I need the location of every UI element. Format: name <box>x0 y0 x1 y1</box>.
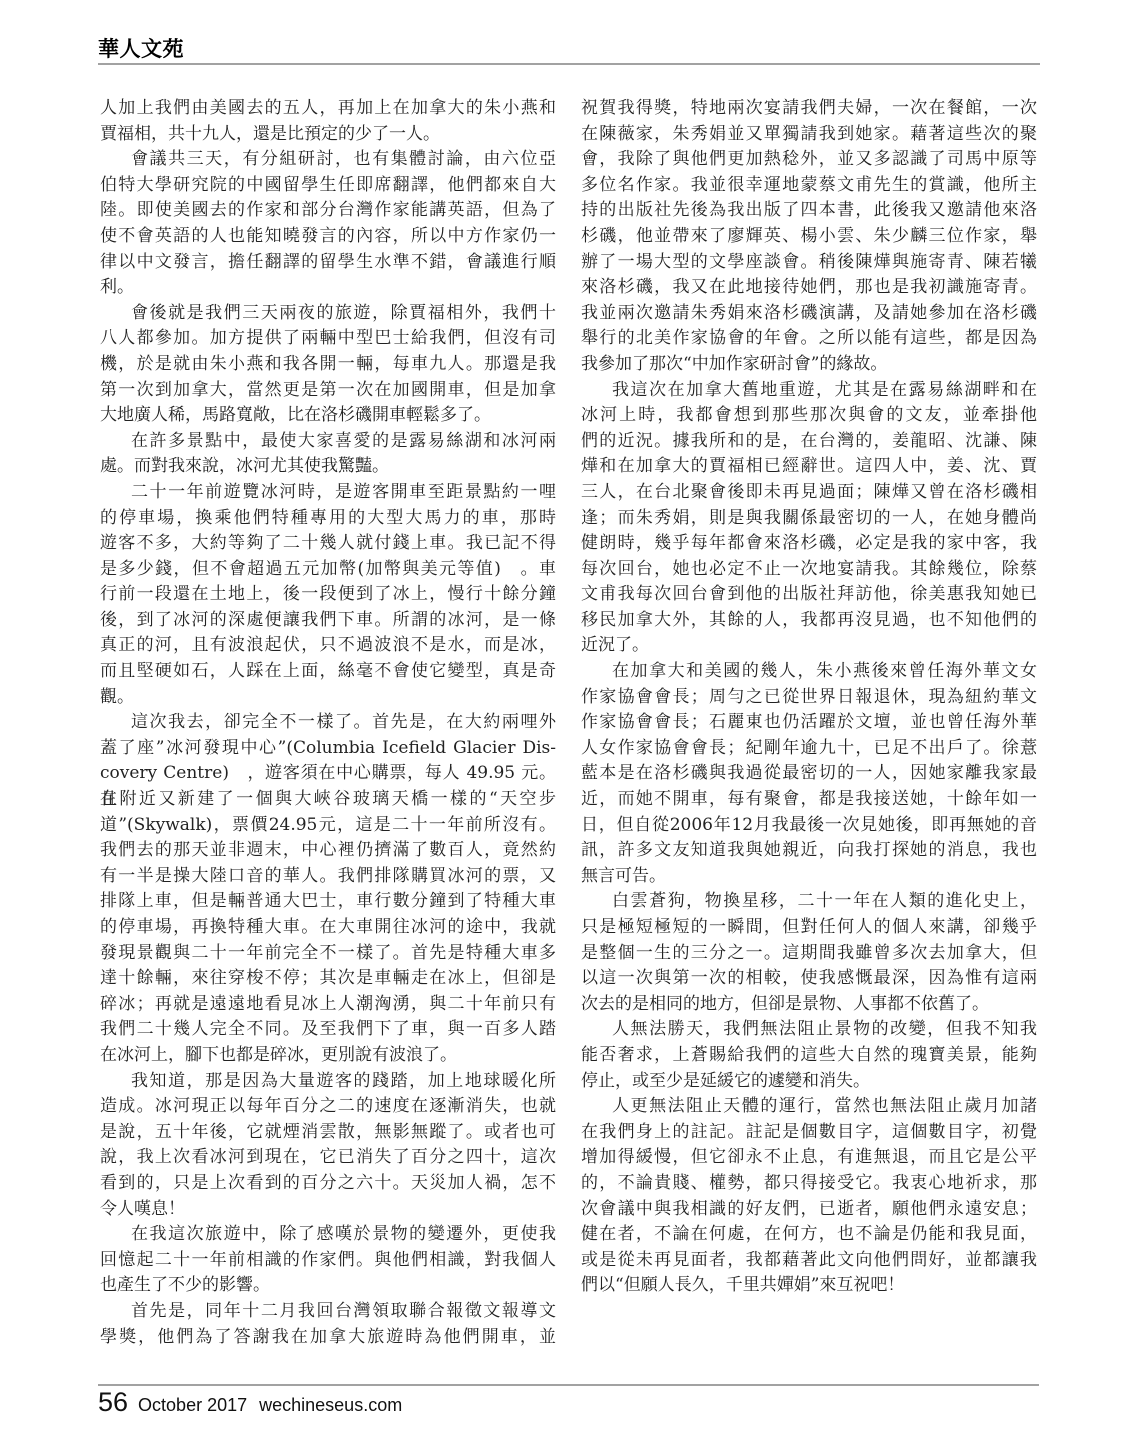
text-line: 在我們身上的註記。註記是個數目字，這個數目字，初覺 <box>581 1120 1037 1146</box>
paragraph: 首先是，同年十二月我回台灣領取聯合報徵文報導文 學獎，他們為了答謝我在加拿大旅遊… <box>100 1299 556 1350</box>
text-line: 的停車場，再換特種大車。在大車開往冰河的途中，我就 <box>100 915 556 941</box>
text-line: 們以“但願人長久，千里共嬋娟”來互祝吧！ <box>581 1273 1037 1299</box>
text-line: 以這一次與第一次的相較，使我感慨最深，因為惟有這兩 <box>581 966 1037 992</box>
text-line: 人加上我們由美國去的五人，再加上在加拿大的朱小燕和 <box>100 96 556 122</box>
text-line: 健在者，不論在何處，在何方，也不論是仍能和我見面， <box>581 1222 1037 1248</box>
text-line: 會議共三天，有分組研討，也有集體討論，由六位亞 <box>100 147 556 173</box>
text-line: 排隊上車，但是輛普通大巴士，車行數分鐘到了特種大車 <box>100 889 556 915</box>
paragraph: 人加上我們由美國去的五人，再加上在加拿大的朱小燕和 賈福相，共十九人，還是比預定… <box>100 96 556 147</box>
paragraph: 祝賀我得獎，特地兩次宴請我們夫婦，一次在餐館，一次 在陳薇家，朱秀娟並又單獨請我… <box>581 96 1037 378</box>
text-line: 人更無法阻止天體的運行，當然也無法阻止歲月加諸 <box>581 1094 1037 1120</box>
text-line: 行前一段還在土地上，後一段便到了冰上，慢行十餘分鐘 <box>100 582 556 608</box>
text-line: 辦了一場大型的文學座談會。稍後陳燁與施寄青、陳若犧 <box>581 250 1037 276</box>
paragraph: 我這次在加拿大舊地重遊，尤其是在露易絲湖畔和在 冰河上時，我都會想到那些那次與會… <box>581 378 1037 660</box>
text-line: 碎冰；再就是遠遠地看見冰上人潮洶湧，與二十年前只有 <box>100 992 556 1018</box>
text-line: 我們二十幾人完全不同。及至我們下了車，與一百多人踏 <box>100 1017 556 1043</box>
text-line: 能否奢求，上蒼賜給我們的這些大自然的瑰寶美景，能夠 <box>581 1043 1037 1069</box>
text-line: 的，不論貴賤、權勢，都只得接受它。我衷心地祈求，那 <box>581 1171 1037 1197</box>
text-line: 人無法勝天，我們無法阻止景物的改變，但我不知我 <box>581 1017 1037 1043</box>
text-line: 會後就是我們三天兩夜的旅遊，除賈福相外，我們十 <box>100 301 556 327</box>
text-line: 日，但自從2006年12月我最後一次見她後，即再無她的音 <box>581 813 1037 839</box>
text-line: 處。而對我來說，冰河尤其使我驚豔。 <box>100 454 556 480</box>
text-line: 也產生了不少的影響。 <box>100 1273 556 1299</box>
text-line: 冰河上時，我都會想到那些那次與會的文友，並牽掛他 <box>581 403 1037 429</box>
paragraph: 在許多景點中，最使大家喜愛的是露易絲湖和冰河兩 處。而對我來說，冰河尤其使我驚豔… <box>100 429 556 480</box>
text-line: 利。 <box>100 275 556 301</box>
text-line: 訊，許多文友知道我與她親近，向我打探她的消息，我也 <box>581 838 1037 864</box>
text-line: 觀。 <box>100 685 556 711</box>
text-line: 蓋了座”冰河發現中心”(Columbia Icefield Glacier Di… <box>100 736 556 762</box>
text-line: 這次我去，卻完全不一樣了。首先是，在大約兩哩外 <box>100 710 556 736</box>
paragraph: 二十一年前遊覽冰河時，是遊客開車至距景點約一哩 的停車場，換乘他們特種專用的大型… <box>100 480 556 710</box>
text-line: 逢；而朱秀娟，則是與我關係最密切的一人，在她身體尚 <box>581 506 1037 532</box>
article-column-right: 祝賀我得獎，特地兩次宴請我們夫婦，一次在餐館，一次 在陳薇家，朱秀娟並又單獨請我… <box>581 96 1037 1299</box>
text-line: 在冰河上，腳下也都是碎冰，更別說有波浪了。 <box>100 1043 556 1069</box>
text-line: 發現景觀與二十一年前完全不一樣了。首先是特種大車多 <box>100 941 556 967</box>
text-line: 多位名作家。我並很幸運地蒙蔡文甫先生的賞識，他所主 <box>581 173 1037 199</box>
text-line: 只是極短極短的一瞬間，但對任何人的個人來講，卻幾乎 <box>581 915 1037 941</box>
text-line: 健朗時，幾乎每年都會來洛杉磯，必定是我的家中客，我 <box>581 531 1037 557</box>
text-line: 我參加了那次“中加作家研討會”的緣故。 <box>581 352 1037 378</box>
text-line: 作家協會會長；周勻之已從世界日報退休，現為紐約華文 <box>581 685 1037 711</box>
text-line: 持的出版社先後為我出版了四本書，此後我又邀請他來洛 <box>581 198 1037 224</box>
text-line: 我並兩次邀請朱秀娟來洛杉磯演講，及請她參加在洛杉磯 <box>581 301 1037 327</box>
text-line: 使不會英語的人也能知曉發言的內容，所以中方作家仍一 <box>100 224 556 250</box>
text-line: 造成。冰河現正以每年百分之二的速度在逐漸消失，也就 <box>100 1094 556 1120</box>
text-line: 或是從未再見面者，我都藉著此文向他們問好，並都讓我 <box>581 1248 1037 1274</box>
text-line: 第一次到加拿大，當然更是第一次在加國開車，但是加拿 <box>100 378 556 404</box>
text-line: 達十餘輛，來往穿梭不停；其次是車輛走在冰上，但卻是 <box>100 966 556 992</box>
text-line: 而且堅硬如石，人踩在上面，絲毫不會使它變型，真是奇 <box>100 659 556 685</box>
text-line: 是多少錢，但不會超過五元加幣(加幣與美元等值) 。車 <box>100 557 556 583</box>
text-line: 大地廣人稀，馬路寬敞，比在洛杉磯開車輕鬆多了。 <box>100 403 556 429</box>
text-line: 近況了。 <box>581 633 1037 659</box>
text-line: 每次回台，她也必定不止一次地宴請我。其餘幾位，除蔡 <box>581 557 1037 583</box>
text-line: 陸。即使美國去的作家和部分台灣作家能講英語，但為了 <box>100 198 556 224</box>
footer-divider <box>98 1384 1039 1386</box>
text-line: 八人都參加。加方提供了兩輛中型巴士給我們，但沒有司 <box>100 326 556 352</box>
text-line: 移民加拿大外，其餘的人，我都再沒見過，也不知他們的 <box>581 608 1037 634</box>
text-line: 看到的，只是上次看到的百分之六十。天災加人禍，怎不 <box>100 1171 556 1197</box>
text-line: 杉磯，他並帶來了廖輝英、楊小雲、朱少麟三位作家，舉 <box>581 224 1037 250</box>
text-line: 伯特大學研究院的中國留學生任即席翻譯，他們都來自大 <box>100 173 556 199</box>
text-line: 律以中文發言，擔任翻譯的留學生水準不錯，會議進行順 <box>100 250 556 276</box>
text-line: 在我這次旅遊中，除了感嘆於景物的變遷外，更使我 <box>100 1222 556 1248</box>
text-line: 我們去的那天並非週末，中心裡仍擠滿了數百人，竟然約 <box>100 838 556 864</box>
paragraph: 人更無法阻止天體的運行，當然也無法阻止歲月加諸 在我們身上的註記。註記是個數目字… <box>581 1094 1037 1299</box>
text-line: 在加拿大和美國的幾人，朱小燕後來曾任海外華文女 <box>581 659 1037 685</box>
text-line: 三人，在台北聚會後即未再見過面；陳燁又曾在洛杉磯相 <box>581 480 1037 506</box>
text-line: 是說，五十年後，它就煙消雲散，無影無蹤了。或者也可 <box>100 1120 556 1146</box>
text-line: 我知道，那是因為大量遊客的踐踏，加上地球暖化所 <box>100 1069 556 1095</box>
text-line: 在陳薇家，朱秀娟並又單獨請我到她家。藉著這些次的聚 <box>581 122 1037 148</box>
text-line: 有一半是操大陸口音的華人。我們排隊購買冰河的票，又 <box>100 864 556 890</box>
text-line: 增加得緩慢，但它卻永不止息，有進無退，而且它是公平 <box>581 1145 1037 1171</box>
text-line: 作家協會會長；石麗東也仍活躍於文壇，並也曾任海外華 <box>581 710 1037 736</box>
text-line: 文甫我每次回台會到他的出版社拜訪他，徐美惠我知她已 <box>581 582 1037 608</box>
paragraph: 在加拿大和美國的幾人，朱小燕後來曾任海外華文女 作家協會會長；周勻之已從世界日報… <box>581 659 1037 889</box>
text-line: 次去的是相同的地方，但卻是景物、人事都不依舊了。 <box>581 992 1037 1018</box>
paragraph: 人無法勝天，我們無法阻止景物的改變，但我不知我 能否奢求，上蒼賜給我們的這些大自… <box>581 1017 1037 1094</box>
text-line: 在附近又新建了一個與大峽谷玻璃天橋一樣的“天空步 <box>100 787 556 813</box>
text-line: 回憶起二十一年前相識的作家們。與他們相識，對我個人 <box>100 1248 556 1274</box>
text-line: covery Centre) ，遊客須在中心購票，每人 49.95 元。且 <box>100 761 556 787</box>
text-line: 真正的河，且有波浪起伏，只不過波浪不是水，而是冰， <box>100 633 556 659</box>
paragraph: 我知道，那是因為大量遊客的踐踏，加上地球暖化所 造成。冰河現正以每年百分之二的速… <box>100 1069 556 1223</box>
text-line: 首先是，同年十二月我回台灣領取聯合報徵文報導文 <box>100 1299 556 1325</box>
text-line: 的停車場，換乘他們特種專用的大型大馬力的車，那時 <box>100 506 556 532</box>
issue-date: October 2017 <box>138 1391 247 1419</box>
text-line: 停止，或至少是延緩它的遽變和消失。 <box>581 1069 1037 1095</box>
page-footer: 56 October 2017 wechineseus.com <box>98 1388 402 1419</box>
paragraph: 會議共三天，有分組研討，也有集體討論，由六位亞 伯特大學研究院的中國留學生任即席… <box>100 147 556 301</box>
text-line: 是整個一生的三分之一。這期間我雖曾多次去加拿大，但 <box>581 941 1037 967</box>
text-line: 二十一年前遊覽冰河時，是遊客開車至距景點約一哩 <box>100 480 556 506</box>
text-line: 舉行的北美作家協會的年會。之所以能有這些，都是因為 <box>581 326 1037 352</box>
section-title: 華人文苑 <box>98 36 184 62</box>
text-line: 藍本是在洛杉磯與我過從最密切的一人，因她家離我家最 <box>581 761 1037 787</box>
text-line: 祝賀我得獎，特地兩次宴請我們夫婦，一次在餐館，一次 <box>581 96 1037 122</box>
text-line: 遊客不多，大約等夠了二十幾人就付錢上車。我已記不得 <box>100 531 556 557</box>
paragraph: 會後就是我們三天兩夜的旅遊，除賈福相外，我們十 八人都參加。加方提供了兩輛中型巴… <box>100 301 556 429</box>
text-line: 近，而她不開車，每有聚會，都是我接送她，十餘年如一 <box>581 787 1037 813</box>
text-line: 來洛杉磯，我又在此地接待她們，那也是我初識施寄青。 <box>581 275 1037 301</box>
text-line: 令人嘆息！ <box>100 1197 556 1223</box>
text-line: 白雲蒼狗，物換星移，二十一年在人類的進化史上， <box>581 889 1037 915</box>
paragraph: 白雲蒼狗，物換星移，二十一年在人類的進化史上， 只是極短極短的一瞬間，但對任何人… <box>581 889 1037 1017</box>
text-line: 燁和在加拿大的賈福相已經辭世。這四人中，姜、沈、賈 <box>581 454 1037 480</box>
article-column-left: 人加上我們由美國去的五人，再加上在加拿大的朱小燕和 賈福相，共十九人，還是比預定… <box>100 96 556 1350</box>
text-line: 們的近況。據我所和的是，在台灣的，姜龍昭、沈謙、陳 <box>581 429 1037 455</box>
paragraph: 這次我去，卻完全不一樣了。首先是，在大約兩哩外 蓋了座”冰河發現中心”(Colu… <box>100 710 556 1068</box>
text-line: 在許多景點中，最使大家喜愛的是露易絲湖和冰河兩 <box>100 429 556 455</box>
text-line: 賈福相，共十九人，還是比預定的少了一人。 <box>100 122 556 148</box>
header-divider <box>98 63 1040 65</box>
text-line: 次會議中與我相識的好友們，已逝者，願他們永遠安息； <box>581 1197 1037 1223</box>
website-url: wechineseus.com <box>259 1391 402 1419</box>
text-line: 人女作家協會會長；紀剛年逾九十，已足不出戶了。徐薏 <box>581 736 1037 762</box>
text-line: 機，於是就由朱小燕和我各開一輛，每車九人。那還是我 <box>100 352 556 378</box>
text-line: 道”(Skywalk)，票價24.95元，這是二十一年前所沒有。 <box>100 813 556 839</box>
text-line: 學獎，他們為了答謝我在加拿大旅遊時為他們開車，並 <box>100 1325 556 1351</box>
text-line: 我這次在加拿大舊地重遊，尤其是在露易絲湖畔和在 <box>581 378 1037 404</box>
magazine-page: 華人文苑 人加上我們由美國去的五人，再加上在加拿大的朱小燕和 賈福相，共十九人，… <box>0 0 1121 1451</box>
text-line: 無言可告。 <box>581 864 1037 890</box>
page-number: 56 <box>98 1388 128 1416</box>
paragraph: 在我這次旅遊中，除了感嘆於景物的變遷外，更使我 回憶起二十一年前相識的作家們。與… <box>100 1222 556 1299</box>
text-line: 說，我上次看冰河到現在，它已消失了百分之四十，這次 <box>100 1145 556 1171</box>
text-line: 會，我除了與他們更加熱稔外，並又多認識了司馬中原等 <box>581 147 1037 173</box>
text-line: 後，到了冰河的深處便讓我們下車。所謂的冰河，是一條 <box>100 608 556 634</box>
